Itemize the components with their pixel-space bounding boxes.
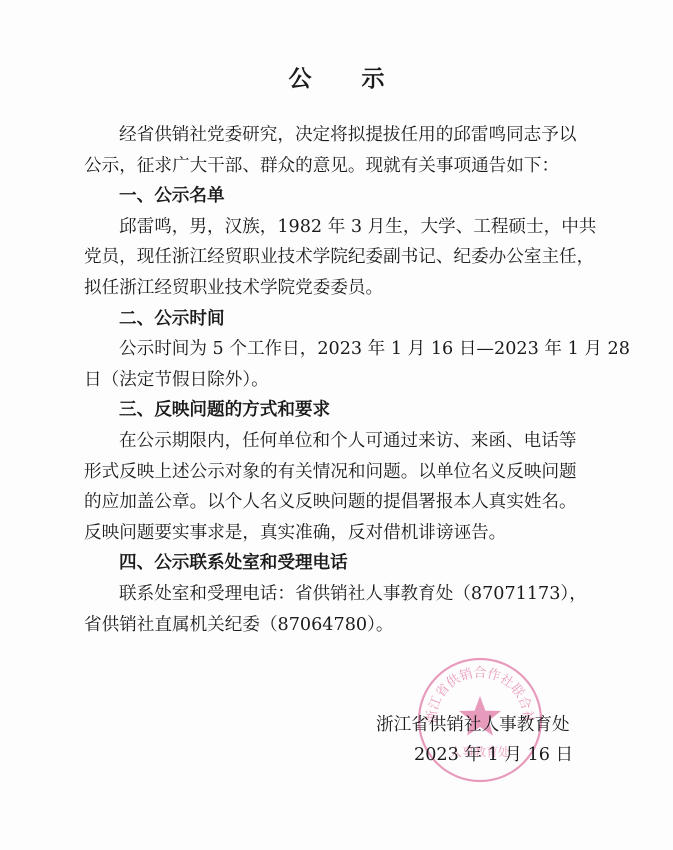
section-1-heading: 一、公示名单: [84, 181, 584, 212]
title-char-1: 公: [289, 60, 312, 93]
section-1-line-1: 邱雷鸣，男，汉族，1982 年 3 月生，大学、工程硕士，中共: [84, 212, 584, 243]
signature-block: 浙江省供销社人事教育处 2023 年 1 月 16 日: [376, 710, 616, 770]
section-3-line-4: 反映问题要实事求是，真实准确，反对借机诽谤诬告。: [84, 518, 584, 549]
section-3-line-1: 在公示期限内，任何单位和个人可通过来访、来函、电话等: [84, 426, 584, 457]
document-body: 经省供销社党委研究，决定将拟提拔任用的邱雷鸣同志予以 公示，征求广大干部、群众的…: [84, 120, 584, 640]
intro-line-2: 公示，征求广大干部、群众的意见。现就有关事项通告如下：: [84, 151, 584, 182]
intro-line-1: 经省供销社党委研究，决定将拟提拔任用的邱雷鸣同志予以: [84, 120, 584, 151]
document-page: 公示 经省供销社党委研究，决定将拟提拔任用的邱雷鸣同志予以 公示，征求广大干部、…: [0, 0, 673, 850]
section-4-heading: 四、公示联系处室和受理电话: [84, 548, 584, 579]
section-4-line-1: 联系处室和受理电话：省供销社人事教育处（87071173），: [84, 579, 584, 610]
section-3-heading: 三、反映问题的方式和要求: [84, 395, 584, 426]
section-2-line-1: 公示时间为 5 个工作日，2023 年 1 月 16 日—2023 年 1 月 …: [84, 334, 584, 365]
section-2-line-2: 日（法定节假日除外）。: [84, 365, 584, 396]
section-4-line-2: 省供销社直属机关纪委（87064780）。: [84, 610, 584, 641]
section-3-line-3: 的应加盖公章。以个人名义反映问题的提倡署报本人真实姓名。: [84, 487, 584, 518]
section-3-line-2: 形式反映上述公示对象的有关情况和问题。以单位名义反映问题: [84, 457, 584, 488]
section-1-line-2: 党员，现任浙江经贸职业技术学院纪委副书记、纪委办公室主任，: [84, 242, 584, 273]
signature-date: 2023 年 1 月 16 日: [376, 740, 616, 770]
section-1-line-3: 拟任浙江经贸职业技术学院党委委员。: [84, 273, 584, 304]
signature-org: 浙江省供销社人事教育处: [376, 710, 616, 740]
title-char-2: 示: [362, 60, 385, 93]
section-2-heading: 二、公示时间: [84, 304, 584, 335]
document-title: 公示: [0, 60, 673, 93]
